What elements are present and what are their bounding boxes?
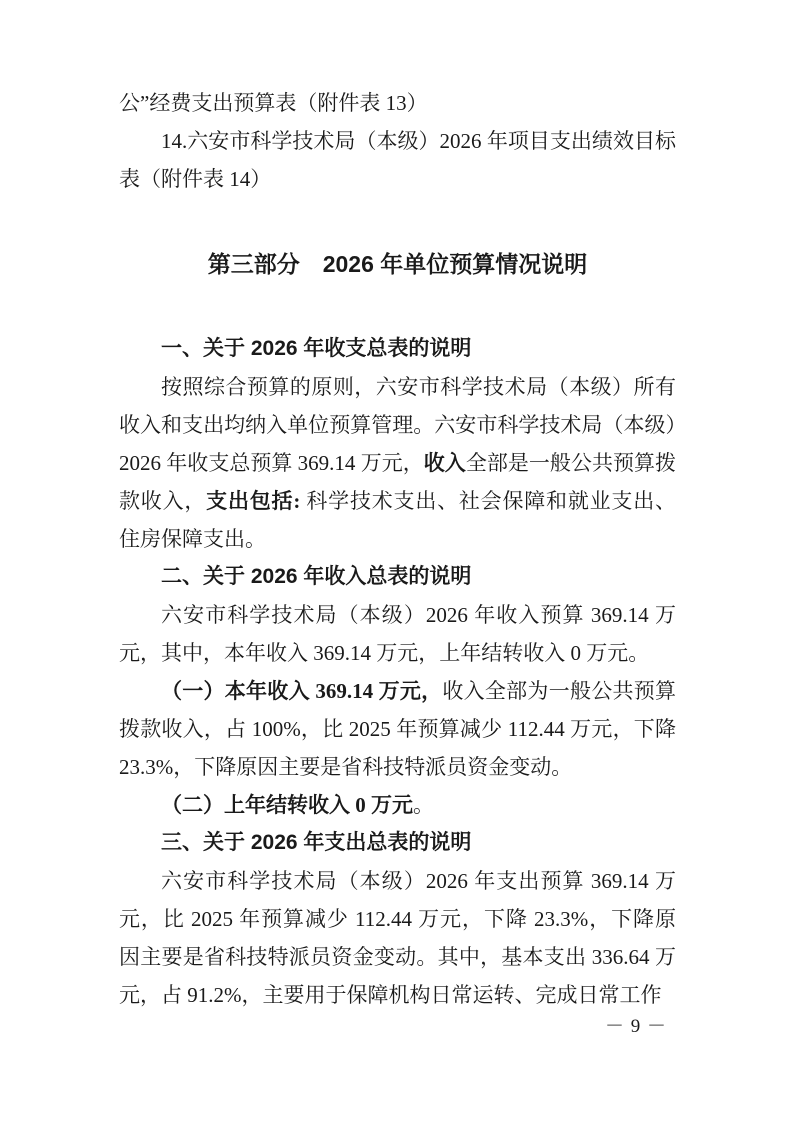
section3-paragraph-overview: 六安市科学技术局（本级）2026 年支出预算 369.14 万元，比 2025 … [119,862,676,1014]
text-run-bold-expenditure-includes: 支出包括: [206,489,300,513]
section2-paragraph-overview: 六安市科学技术局（本级）2026 年收入预算 369.14 万元，其中，本年收入… [119,596,676,672]
text-run-bold-carryover-income: （二）上年结转收入 0 万元 [161,793,413,817]
document-page: 公”经费支出预算表（附件表 13） 14.六安市科学技术局（本级）2026 年项… [0,0,793,1122]
section2-paragraph-current-year: （一）本年收入 369.14 万元，收入全部为一般公共预算拨款收入，占 100%… [119,672,676,786]
section3-heading: 三、关于 2026 年支出总表的说明 [119,824,676,862]
text-run-bold-current-year-income: （一）本年收入 369.14 万元， [161,679,442,703]
section1-heading: 一、关于 2026 年收支总表的说明 [119,330,676,368]
paragraph-attachment-table-13: 公”经费支出预算表（附件表 13） [119,84,676,122]
part3-heading: 第三部分 2026 年单位预算情况说明 [119,244,676,284]
page-number: － 9 － [605,1012,667,1042]
text-run-bold-income: 收入 [424,451,466,475]
section2-paragraph-carryover: （二）上年结转收入 0 万元。 [119,786,676,824]
paragraph-attachment-table-14: 14.六安市科学技术局（本级）2026 年项目支出绩效目标表（附件表 14） [119,122,676,198]
text-run: 。 [413,793,434,817]
section1-paragraph: 按照综合预算的原则，六安市科学技术局（本级）所有收入和支出均纳入单位预算管理。六… [119,368,676,558]
section2-heading: 二、关于 2026 年收入总表的说明 [119,558,676,596]
